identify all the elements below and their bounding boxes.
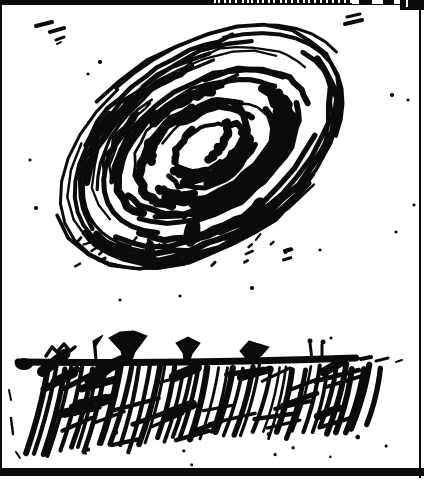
drawing-svg [0,0,424,480]
scanned-drawing-page [0,0,424,480]
child-drawing-figure [0,0,424,480]
